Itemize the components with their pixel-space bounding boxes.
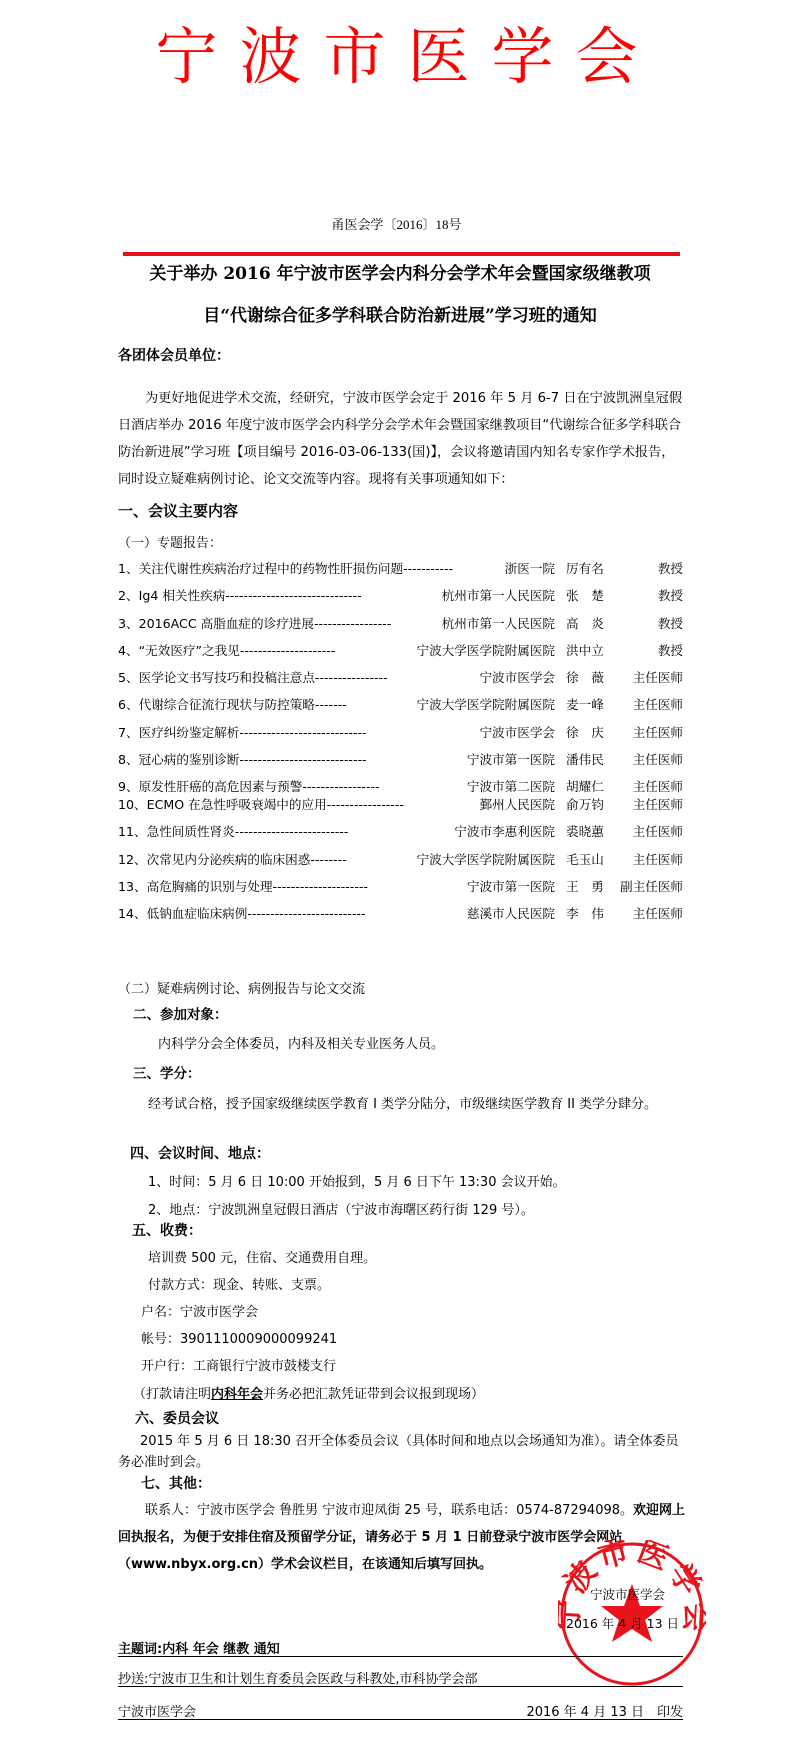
talk-topic: 10、ECMO 在急性呼吸衰竭中的应用-----------------	[118, 795, 404, 815]
talk-row: 5、医学论文书写技巧和投稿注意点----------------宁波市医学会徐 …	[118, 668, 683, 688]
talk-rank: 主任医师	[633, 668, 683, 688]
talk-rank: 主任医师	[633, 777, 683, 797]
talk-row: 12、次常见内分泌疾病的临床困惑--------宁波大学医学院附属医院毛玉山主任…	[118, 850, 683, 870]
talk-topic: 8、冠心病的鉴别诊断----------------------------	[118, 750, 367, 770]
talk-rank: 主任医师	[633, 795, 683, 815]
payment-note-emphasis: 内科年会	[211, 1387, 263, 1402]
section6-title: 六、委员会议	[135, 1408, 219, 1428]
talk-topic: 4、“无效医疗”之我见---------------------	[118, 641, 335, 661]
masthead-title: 宁波市医学会	[0, 12, 793, 102]
talk-institution: 宁波大学医学院附属医院	[416, 850, 555, 870]
issuer: 宁波市医学会	[118, 1701, 196, 1720]
talk-speaker: 厉有名	[566, 559, 626, 579]
keywords: 主题词:内科 年会 继教 通知	[118, 1638, 280, 1657]
talk-topic: 2、Ig4 相关性疾病-----------------------------…	[118, 586, 362, 606]
talk-speaker: 徐 庆	[566, 723, 626, 743]
talk-speaker: 俞万钧	[566, 795, 626, 815]
talk-institution: 宁波市李惠利医院	[454, 822, 555, 842]
talk-speaker: 李 伟	[566, 904, 626, 924]
talk-speaker: 徐 薇	[566, 668, 626, 688]
talk-institution: 慈溪市人民医院	[467, 904, 555, 924]
talk-topic: 13、高危胸痛的识别与处理---------------------	[118, 877, 368, 897]
talk-institution: 杭州市第一人民医院	[442, 614, 555, 634]
signature-date: 2016 年 4 月 13 日	[566, 1614, 679, 1632]
talk-rank: 教授	[658, 641, 683, 661]
section4-time: 1、时间：5 月 6 日 10:00 开始报到，5 月 6 日下午 13:30 …	[148, 1171, 566, 1190]
talk-rank: 主任医师	[633, 695, 683, 715]
intro-paragraph: 为更好地促进学术交流，经研究，宁波市医学会定于 2016 年 5 月 6-7 日…	[118, 385, 683, 493]
talk-row: 6、代谢综合征流行现状与防控策略-------宁波大学医学院附属医院麦一峰主任医…	[118, 695, 683, 715]
payment-note-prefix: （打款请注明	[133, 1387, 211, 1402]
talk-topic: 9、原发性肝癌的高危因素与预警-----------------	[118, 777, 380, 797]
section1-title: 一、会议主要内容	[118, 500, 238, 521]
talk-row: 8、冠心病的鉴别诊断----------------------------宁波…	[118, 750, 683, 770]
talk-rank: 主任医师	[633, 904, 683, 924]
talk-topic: 6、代谢综合征流行现状与防控策略-------	[118, 695, 347, 715]
section2-title: 二、参加对象：	[133, 1003, 228, 1023]
talk-speaker: 潘伟民	[566, 750, 626, 770]
salutation: 各团体会员单位：	[118, 345, 230, 365]
footer-rule-1	[118, 1656, 683, 1657]
talk-rank: 主任医师	[633, 723, 683, 743]
talk-topic: 1、关注代谢性疾病治疗过程中的药物性肝损伤问题-----------	[118, 559, 453, 579]
talk-institution: 宁波市第一医院	[467, 750, 555, 770]
talk-rank: 教授	[658, 586, 683, 606]
talk-topic: 7、医疗纠纷鉴定解析----------------------------	[118, 723, 367, 743]
document-number: 甬医会学〔2016〕18号	[0, 214, 793, 233]
talk-institution: 鄞州人民医院	[479, 795, 555, 815]
fee-text: 培训费 500 元，住宿、交通费用自理。	[148, 1247, 376, 1266]
talk-speaker: 胡耀仁	[566, 777, 626, 797]
talk-speaker: 裘晓蕙	[566, 822, 626, 842]
talk-rank: 教授	[658, 614, 683, 634]
section1-sub2: （二）疑难病例讨论、病例报告与论文交流	[118, 978, 365, 997]
section4-place: 2、地点：宁波凯洲皇冠假日酒店（宁波市海曙区药行街 129 号）。	[148, 1199, 534, 1218]
talk-topic: 14、低钠血症临床病例--------------------------	[118, 904, 366, 924]
footer-rule-2	[118, 1686, 683, 1687]
cc-list: 抄送:宁波市卫生和计划生育委员会医政与科教处,市科协学会部	[118, 1668, 478, 1687]
talk-row: 2、Ig4 相关性疾病-----------------------------…	[118, 586, 683, 606]
section2-text: 内科学分会全体委员，内科及相关专业医务人员。	[158, 1033, 444, 1052]
footer-rule-3	[118, 1719, 683, 1720]
talk-speaker: 张 楚	[566, 586, 626, 606]
talk-speaker: 王 勇	[566, 877, 626, 897]
payment-note-suffix: 并务必把汇款凭证带到会议报到现场）	[263, 1387, 484, 1402]
issue-date: 2016 年 4 月 13 日 印发	[526, 1701, 683, 1720]
talk-speaker: 麦一峰	[566, 695, 626, 715]
talk-row: 7、医疗纠纷鉴定解析----------------------------宁波…	[118, 723, 683, 743]
talk-institution: 宁波市医学会	[479, 668, 555, 688]
account-name: 户名：宁波市医学会	[141, 1301, 258, 1320]
signature-org: 宁波市医学会	[590, 1585, 665, 1603]
talk-row: 4、“无效医疗”之我见---------------------宁波大学医学院附…	[118, 641, 683, 661]
talk-speaker: 毛玉山	[566, 850, 626, 870]
account-number: 帐号：3901110009000099241	[141, 1328, 337, 1347]
talk-rank: 教授	[658, 559, 683, 579]
talk-row: 9、原发性肝癌的高危因素与预警-----------------宁波市第二医院胡…	[118, 777, 683, 797]
talk-speaker: 洪中立	[566, 641, 626, 661]
talk-institution: 浙医一院	[505, 559, 555, 579]
section7-title: 七、其他：	[141, 1473, 211, 1493]
notice-title-line2: 目“代谢综合征多学科联合防治新进展”学习班的通知	[110, 301, 690, 326]
contact-info: 联系人：宁波市医学会 鲁胜男 宁波市迎凤街 25 号，联系电话：0574-872…	[145, 1503, 633, 1518]
notice-title-line1: 关于举办 2016 年宁波市医学会内科分会学术年会暨国家级继教项	[110, 259, 690, 284]
talk-row: 3、2016ACC 高脂血症的诊疗进展-----------------杭州市第…	[118, 614, 683, 634]
red-divider	[123, 252, 680, 256]
section3-text: 经考试合格，授予国家级继续医学教育 I 类学分陆分，市级继续医学教育 II 类学…	[108, 1091, 668, 1119]
talk-row: 1、关注代谢性疾病治疗过程中的药物性肝损伤问题-----------浙医一院厉有…	[118, 559, 683, 579]
talk-institution: 宁波大学医学院附属医院	[416, 695, 555, 715]
bank-name: 开户行：工商银行宁波市鼓楼支行	[141, 1355, 336, 1374]
talk-topic: 3、2016ACC 高脂血症的诊疗进展-----------------	[118, 614, 391, 634]
talk-institution: 杭州市第一人民医院	[442, 586, 555, 606]
section5-title: 五、收费：	[132, 1220, 202, 1240]
payment-methods: 付款方式：现金、转账、支票。	[148, 1274, 330, 1293]
talk-row: 14、低钠血症临床病例--------------------------慈溪市…	[118, 904, 683, 924]
talk-institution: 宁波市第一医院	[467, 877, 555, 897]
talk-institution: 宁波市第二医院	[467, 777, 555, 797]
talk-institution: 宁波大学医学院附属医院	[416, 641, 555, 661]
payment-note: （打款请注明内科年会并务必把汇款凭证带到会议报到现场）	[133, 1383, 484, 1402]
section4-title: 四、会议时间、地点：	[130, 1143, 270, 1163]
section6-text: 2015 年 5 月 6 日 18:30 召开全体委员会议（具体时间和地点以会场…	[118, 1431, 688, 1473]
talk-topic: 5、医学论文书写技巧和投稿注意点----------------	[118, 668, 388, 688]
talk-institution: 宁波市医学会	[479, 723, 555, 743]
talk-rank: 主任医师	[633, 750, 683, 770]
section3-title: 三、学分：	[133, 1062, 201, 1082]
section1-sub1: （一）专题报告：	[118, 532, 222, 551]
talk-row: 10、ECMO 在急性呼吸衰竭中的应用-----------------鄞州人民…	[118, 795, 683, 815]
talk-rank: 主任医师	[633, 822, 683, 842]
talk-topic: 11、急性间质性肾炎-------------------------	[118, 822, 348, 842]
talk-speaker: 高 炎	[566, 614, 626, 634]
talk-row: 13、高危胸痛的识别与处理---------------------宁波市第一医…	[118, 877, 683, 897]
talk-topic: 12、次常见内分泌疾病的临床困惑--------	[118, 850, 347, 870]
talk-rank: 副主任医师	[620, 877, 683, 897]
talk-rank: 主任医师	[633, 850, 683, 870]
talk-row: 11、急性间质性肾炎-------------------------宁波市李惠…	[118, 822, 683, 842]
